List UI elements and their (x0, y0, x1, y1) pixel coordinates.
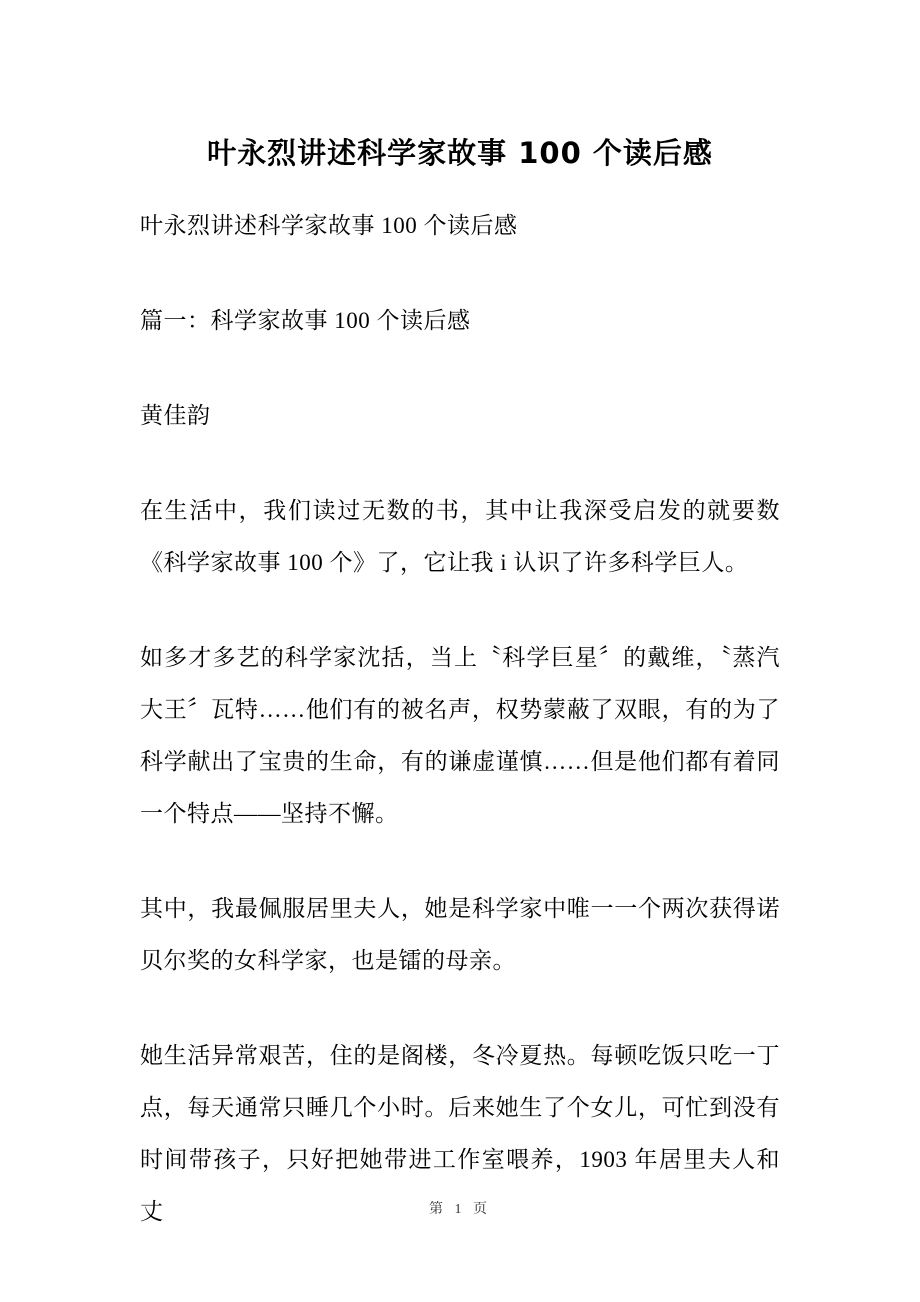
paragraph-body-2: 如多才多艺的科学家沈括，当上〝科学巨星〞的戴维，〝蒸汽大王〞瓦特……他们有的被名… (140, 632, 780, 840)
page-number-footer: 第 1 页 (0, 1198, 920, 1218)
document-title: 叶永烈讲述科学家故事 100 个读后感 (140, 134, 780, 172)
paragraph-section-heading: 篇一：科学家故事 100 个读后感 (140, 295, 780, 347)
document-page: 叶永烈讲述科学家故事 100 个读后感 叶永烈讲述科学家故事 100 个读后感 … (0, 0, 920, 1302)
paragraph-body-3: 其中，我最佩服居里夫人，她是科学家中唯一一个两次获得诺贝尔奖的女科学家，也是镭的… (140, 883, 780, 987)
paragraph-author-name: 黄佳韵 (140, 390, 780, 442)
paragraph-repeat-title: 叶永烈讲述科学家故事 100 个读后感 (140, 200, 780, 252)
paragraph-body-1: 在生活中，我们读过无数的书，其中让我深受启发的就要数《科学家故事 100 个》了… (140, 485, 780, 589)
